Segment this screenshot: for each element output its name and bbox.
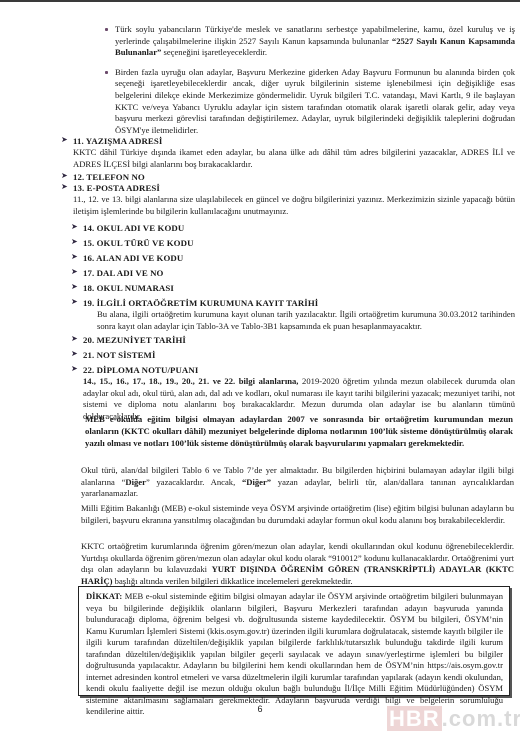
section-title: 17. DAL ADI VE NO — [83, 267, 520, 279]
notice-label: DİKKAT: — [86, 591, 122, 601]
section-14: ➤ 14. OKUL ADI VE KODU — [83, 222, 520, 234]
square-bullet-icon — [105, 28, 108, 31]
section-21: ➤ 21. NOT SİSTEMİ — [83, 349, 520, 361]
arrow-bullet-icon: ➤ — [71, 267, 78, 276]
arrow-bullet-icon: ➤ — [71, 349, 78, 358]
bullet-multiple-nationality: Birden fazla uyruğu olan adaylar, Başvur… — [103, 67, 515, 137]
section-16: ➤ 16. ALAN ADI VE KODU — [83, 252, 520, 264]
section-20: ➤ 20. MEZUNİYET TARİHİ — [83, 334, 520, 346]
bullet-2527-law: Türk soylu yabancıların Türkiye'de mesle… — [103, 24, 515, 59]
section-title: 22. DİPLOMA NOTU/PUANI — [83, 364, 515, 376]
arrow-bullet-icon: ➤ — [61, 135, 68, 144]
section-body: 11., 12. ve 13. bilgi alanlarına size ul… — [73, 194, 515, 217]
meb-eokul-paragraph: Milli Eğitim Bakanlığı (MEB) e-okul sist… — [81, 503, 514, 526]
arrow-bullet-icon: ➤ — [71, 364, 78, 373]
arrow-bullet-icon: ➤ — [71, 282, 78, 291]
attention-notice-box: DİKKAT: MEB e-okul sisteminde eğitim bil… — [78, 586, 510, 696]
section-19: ➤ 19. İLGİLİ ORTAÖĞRETİM KURUMUNA KAYIT … — [83, 297, 515, 332]
section-title: 13. E-POSTA ADRESİ — [73, 182, 515, 194]
watermark-logo: HBR.com.tr — [387, 706, 520, 732]
arrow-bullet-icon: ➤ — [71, 297, 78, 306]
section-title: 11. YAZIŞMA ADRESİ — [73, 135, 515, 147]
arrow-bullet-icon: ➤ — [61, 171, 68, 180]
arrow-bullet-icon: ➤ — [71, 252, 78, 261]
section-title: 20. MEZUNİYET TARİHİ — [83, 334, 520, 346]
arrow-bullet-icon: ➤ — [71, 237, 78, 246]
section-11: ➤ 11. YAZIŞMA ADRESİ KKTC dâhil Türkiye … — [73, 135, 515, 170]
nationality-bullets: Türk soylu yabancıların Türkiye'de mesle… — [103, 24, 515, 144]
meb-diploma-note: MEB e-okulda eğitim bilgisi olmayan aday… — [85, 413, 513, 449]
section-title: 16. ALAN ADI VE KODU — [83, 252, 520, 264]
section-title: 14. OKUL ADI VE KODU — [83, 222, 520, 234]
arrow-bullet-icon: ➤ — [71, 222, 78, 231]
arrow-bullet-icon: ➤ — [71, 334, 78, 343]
section-body: KKTC dâhil Türkiye dışında ikamet eden a… — [73, 147, 515, 170]
notice-text: MEB e-okul sisteminde eğitim bilgisi olm… — [86, 591, 503, 716]
school-type-paragraph: Okul türü, alan/dal bilgileri Tablo 6 ve… — [81, 465, 514, 500]
section-title: 21. NOT SİSTEMİ — [83, 349, 520, 361]
square-bullet-icon — [105, 71, 108, 74]
section-15: ➤ 15. OKUL TÜRÜ VE KODU — [83, 237, 520, 249]
section-13: ➤ 13. E-POSTA ADRESİ 11., 12. ve 13. bil… — [73, 182, 515, 217]
section-body: Bu alana, ilgili ortaöğretim kurumuna ka… — [83, 309, 515, 332]
arrow-bullet-icon: ➤ — [61, 182, 68, 191]
section-17: ➤ 17. DAL ADI VE NO — [83, 267, 520, 279]
section-title: 18. OKUL NUMARASI — [83, 282, 520, 294]
kktc-paragraph: KKTC ortaöğretim kurumlarında öğrenim gö… — [81, 541, 514, 587]
section-title: 15. OKUL TÜRÜ VE KODU — [83, 237, 520, 249]
section-title: 19. İLGİLİ ORTAÖĞRETİM KURUMUNA KAYIT TA… — [83, 297, 515, 309]
top-border — [0, 0, 520, 2]
section-18: ➤ 18. OKUL NUMARASI — [83, 282, 520, 294]
